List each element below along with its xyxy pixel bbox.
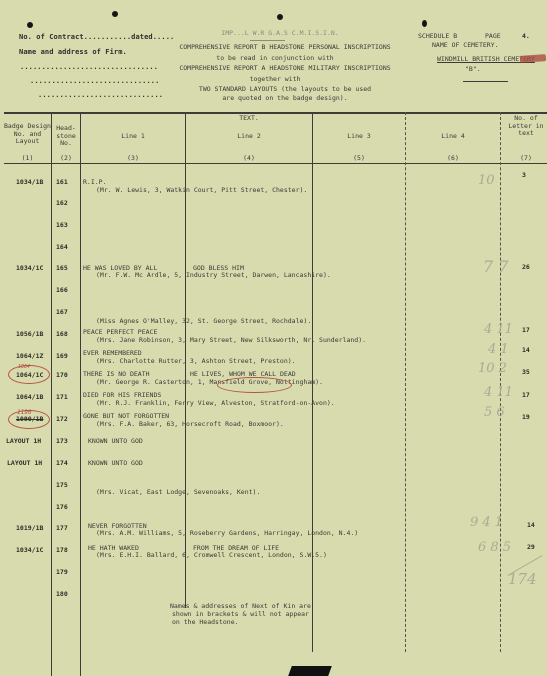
firm-dotted-line-3: .............................: [38, 91, 163, 99]
stone-cell: 168: [56, 331, 68, 339]
badge-cell: 1034/1C: [16, 547, 43, 555]
pencil-note: 4 11: [484, 322, 513, 337]
pencil-note: 7 7: [483, 257, 508, 276]
correction-oval: [217, 377, 292, 393]
cemetery-label: NAME OF CEMETERY.: [432, 42, 499, 50]
badge-correction: 1064: [18, 364, 30, 370]
col-header-line2: Line 2: [186, 133, 312, 141]
stone-cell: 172: [56, 416, 68, 424]
firm-dotted-line-2: ..............................: [30, 77, 159, 85]
col-header-badge: Badge Design No. and Layout: [4, 123, 51, 146]
report-line-5: TWO STANDARD LAYOUTS (the layouts to be …: [170, 86, 400, 94]
badge-cell: 1034/1B: [16, 179, 43, 187]
pencil-note: 10 2: [478, 361, 507, 376]
letters-cell: 19: [522, 414, 530, 422]
table-header-bottom-border: [4, 163, 547, 164]
stone-cell: 175: [56, 482, 68, 490]
punch-hole: [112, 11, 118, 17]
stone-cell: 165: [56, 265, 68, 273]
page-label: PAGE: [485, 33, 501, 41]
stone-cell: 171: [56, 394, 68, 402]
letters-cell: 26: [522, 264, 530, 272]
letters-cell: 17: [522, 392, 530, 400]
badge-cell: 1056/1B: [16, 331, 43, 339]
line1-cell: KNOWN UNTO GOD: [88, 460, 143, 468]
punch-hole: [277, 14, 283, 20]
kin-cell: (Mrs. Jane Robinson, 3, Mary Street, New…: [96, 337, 366, 345]
kin-cell: (Mr. F.W. Mc Ardle, 5, Industry Street, …: [96, 272, 331, 280]
col-num-line4: (6): [406, 155, 500, 163]
badge-cell: LAYOUT 1H: [7, 460, 42, 468]
col-num-line1: (3): [81, 155, 185, 163]
col-num-badge: (1): [4, 155, 51, 163]
stone-cell: 164: [56, 244, 68, 252]
schedule-label: SCHEDULE B: [418, 33, 457, 41]
cemetery-code: "B".: [465, 66, 481, 74]
letters-cell: 29: [527, 544, 535, 552]
badge-cell: LAYOUT 1H: [6, 438, 41, 446]
col-num-line2: (4): [186, 155, 312, 163]
report-line-1: COMPREHENSIVE REPORT B HEADSTONE PERSONA…: [170, 44, 400, 52]
pencil-note: 6 8 5: [478, 540, 511, 555]
badge-cell: 1034/1C: [16, 265, 43, 273]
cemetery-underline: [463, 81, 508, 82]
kin-cell: (Mr. R.J. Franklin, Ferry View, Alveston…: [96, 400, 335, 408]
stone-cell: 178: [56, 547, 68, 555]
line1-cell: KNOWN UNTO GOD: [88, 438, 143, 446]
stone-cell: 176: [56, 504, 68, 512]
report-line-3: COMPREHENSIVE REPORT A HEADSTONE MILITAR…: [170, 65, 400, 73]
kin-cell: (Mrs. A.M. Williams, 5, Roseberry Garden…: [96, 530, 358, 538]
col-divider-6: [500, 112, 501, 652]
stone-cell: 169: [56, 353, 68, 361]
badge-cell: 1090/1B: [16, 416, 43, 424]
kin-cell: (Miss Agnes O'Malley, 32, St. George Str…: [96, 318, 311, 326]
stone-cell: 167: [56, 309, 68, 317]
col-header-line1: Line 1: [81, 133, 185, 141]
contract-label: No. of Contract...........dated.....: [19, 33, 174, 41]
letters-cell: 35: [522, 369, 530, 377]
letters-cell: 3: [522, 172, 526, 180]
stone-cell: 180: [56, 591, 68, 599]
badge-cell: 1064/1Z: [16, 353, 43, 361]
col-divider-2: [80, 112, 81, 676]
pencil-note: 4 1: [488, 342, 509, 357]
letters-cell: 14: [527, 522, 535, 530]
text-group-label: TEXT.: [186, 115, 312, 123]
title-underline: [250, 40, 285, 41]
report-line-2: to be read in conjunction with: [170, 55, 380, 63]
table-top-border: [4, 112, 547, 114]
col-num-letters: (7): [505, 155, 547, 163]
report-line-6: are quoted on the badge design).: [170, 95, 400, 103]
page-edge-shadow: [288, 666, 332, 676]
kin-cell: (Mrs. Vicat, East Lodge, Sevenoaks, Kent…: [96, 489, 260, 497]
stone-cell: 179: [56, 569, 68, 577]
firm-label: Name and address of Firm.: [19, 48, 127, 56]
badge-cell: 1019/1B: [16, 525, 43, 533]
punch-hole: [422, 20, 427, 27]
stone-cell: 174: [56, 460, 68, 468]
stone-cell: 162: [56, 200, 68, 208]
pencil-note: 4 11: [484, 385, 513, 400]
kin-cell: (Mrs. Charlotte Rutter, 3, Ashton Street…: [96, 358, 296, 366]
pencil-total: 174: [508, 570, 537, 588]
letters-cell: 14: [522, 347, 530, 355]
stone-cell: 177: [56, 525, 68, 533]
badge-cell: 1064/1B: [16, 394, 43, 402]
col-num-line3: (5): [313, 155, 405, 163]
pencil-note: 10: [478, 173, 495, 188]
document-title: IMP...L W.R G.A.S C.M.I.S.I.N.: [185, 30, 375, 38]
footnote-line-3: on the Headstone.: [172, 619, 239, 627]
stone-cell: 166: [56, 287, 68, 295]
firm-dotted-line-1: ................................: [20, 63, 158, 71]
pencil-note: 9 4 1: [470, 515, 503, 530]
pencil-note: 5 6: [484, 405, 505, 420]
stone-cell: 173: [56, 438, 68, 446]
col-header-line3: Line 3: [313, 133, 405, 141]
kin-cell: (Mrs. F.A. Baker, 63, Horsecroft Road, B…: [96, 421, 284, 429]
kin-cell: (Mrs. E.H.I. Ballard, 6, Cromwell Cresce…: [96, 552, 327, 560]
badge-cell: 1064/1C: [16, 372, 43, 380]
col-divider-5: [405, 112, 406, 652]
col-num-stone: (2): [52, 155, 80, 163]
kin-cell: (Mr. W. Lewis, 3, Watkin Court, Pitt Str…: [96, 187, 307, 195]
report-line-4: together with: [170, 76, 380, 84]
col-header-stone: Head-stone No.: [52, 125, 80, 148]
page-number: 4.: [522, 33, 530, 41]
col-header-line4: Line 4: [406, 133, 500, 141]
letters-cell: 17: [522, 327, 530, 335]
stone-cell: 163: [56, 222, 68, 230]
stone-cell: 161: [56, 179, 68, 187]
stone-cell: 170: [56, 372, 68, 380]
col-divider-1: [51, 112, 52, 676]
punch-hole: [27, 22, 33, 28]
col-header-letters: No. of Letter in text: [505, 115, 547, 138]
